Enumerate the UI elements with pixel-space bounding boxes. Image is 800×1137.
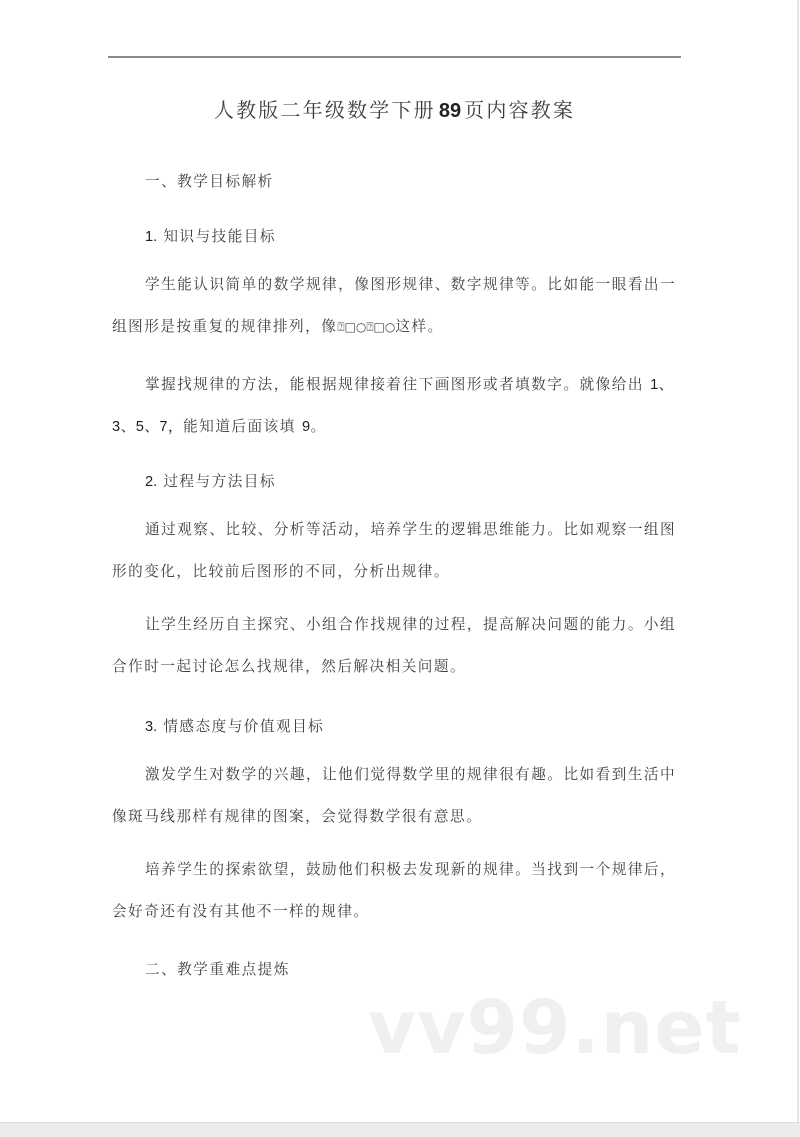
paragraph-line: 激发学生对数学的兴趣，让他们觉得数学里的规律很有趣。比如看到生活中 (112, 754, 682, 796)
paragraph-line: 合作时一起讨论怎么找规律，然后解决相关问题。 (112, 646, 682, 688)
subsection-heading-3: 3. 情感态度与价值观目标 (112, 715, 715, 736)
paragraph-line: 组图形是按重复的规律排列，像⍰□○⍰□○这样。 (112, 306, 682, 348)
paragraph-text: 。 (311, 418, 327, 435)
paragraph-number: 3、5、7， (112, 419, 183, 435)
subsection-index: 1. (145, 229, 157, 245)
paragraph-line: 让学生经历自主探究、小组合作找规律的过程，提高解决问题的能力。小组 (112, 604, 682, 646)
page-bottom-edge (0, 1122, 800, 1137)
paragraph: 培养学生的探索欲望，鼓励他们积极去发现新的规律。当找到一个规律后， 会好奇还有没… (112, 849, 682, 933)
subsection-index: 2. (145, 474, 157, 490)
paragraph-text: 能知道后面该填 (183, 418, 296, 435)
section-heading-2: 二、教学重难点提炼 (112, 958, 715, 979)
subsection-index: 3. (145, 719, 157, 735)
title-prefix: 人教版二年级数学下册 (214, 98, 436, 122)
paragraph-line: 会好奇还有没有其他不一样的规律。 (112, 891, 682, 933)
document-title: 人教版二年级数学下册89页内容教案 (108, 94, 681, 123)
paragraph: 让学生经历自主探究、小组合作找规律的过程，提高解决问题的能力。小组 合作时一起讨… (112, 604, 682, 688)
paragraph-line: 培养学生的探索欲望，鼓励他们积极去发现新的规律。当找到一个规律后， (112, 849, 682, 891)
document-page: 人教版二年级数学下册89页内容教案 一、教学目标解析 1. 知识与技能目标 学生… (0, 0, 799, 1122)
section-heading-1-text: 一、教学目标解析 (145, 173, 274, 190)
paragraph-text: 组图形是按重复的规律排列，像 (112, 318, 337, 335)
paragraph-line: 掌握找规律的方法，能根据规律接着往下画图形或者填数字。就像给出 1、 (112, 364, 682, 406)
subsection-heading-1: 1. 知识与技能目标 (112, 225, 715, 246)
paragraph-line: 学生能认识简单的数学规律，像图形规律、数字规律等。比如能一眼看出一 (112, 264, 682, 306)
paragraph: 激发学生对数学的兴趣，让他们觉得数学里的规律很有趣。比如看到生活中 像斑马线那样… (112, 754, 682, 838)
paragraph-line: 通过观察、比较、分析等活动，培养学生的逻辑思维能力。比如观察一组图 (112, 509, 682, 551)
title-suffix: 页内容教案 (464, 98, 575, 122)
section-heading-2-text: 二、教学重难点提炼 (145, 961, 290, 978)
paragraph-line: 3、5、7，能知道后面该填 9。 (112, 406, 682, 448)
subsection-heading-2: 2. 过程与方法目标 (112, 470, 715, 491)
subsection-heading-text: 知识与技能目标 (163, 228, 276, 245)
paragraph: 学生能认识简单的数学规律，像图形规律、数字规律等。比如能一眼看出一 组图形是按重… (112, 264, 682, 348)
paragraph-line: 形的变化，比较前后图形的不同，分析出规律。 (112, 551, 682, 593)
paragraph: 掌握找规律的方法，能根据规律接着往下画图形或者填数字。就像给出 1、 3、5、7… (112, 364, 682, 448)
paragraph-line: 像斑马线那样有规律的图案，会觉得数学很有意思。 (112, 796, 682, 838)
subsection-heading-text: 情感态度与价值观目标 (163, 718, 324, 735)
watermark: vv99.net (368, 985, 742, 1071)
section-heading-1: 一、教学目标解析 (112, 170, 715, 191)
paragraph-number: 9 (302, 419, 311, 435)
subsection-heading-text: 过程与方法目标 (163, 473, 276, 490)
paragraph-number: 1、 (650, 377, 674, 393)
paragraph: 通过观察、比较、分析等活动，培养学生的逻辑思维能力。比如观察一组图 形的变化，比… (112, 509, 682, 593)
header-rule (108, 56, 681, 58)
shape-pattern-glyphs: ⍰□○⍰□○ (337, 320, 395, 334)
paragraph-text: 这样。 (395, 318, 443, 335)
paragraph-text: 掌握找规律的方法，能根据规律接着往下画图形或者填数字。就像给出 (145, 376, 644, 393)
title-page-number: 89 (439, 100, 461, 122)
